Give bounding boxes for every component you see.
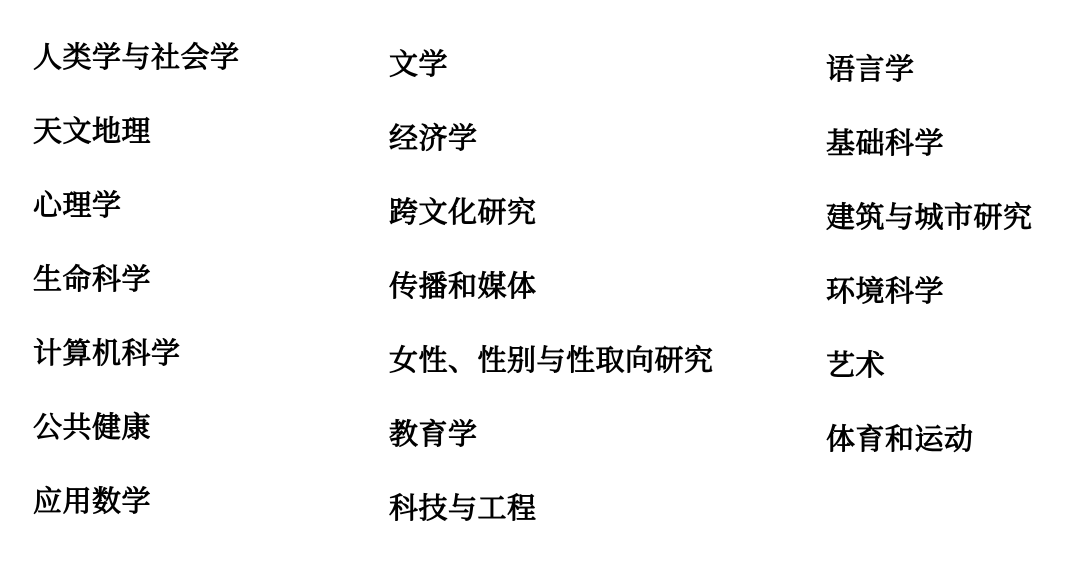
subjects-page: 人类学与社会学 天文地理 心理学 生命科学 计算机科学 公共健康 应用数学 文学… bbox=[0, 0, 1080, 566]
subject-item-architecture-urban-studies: 建筑与城市研究 bbox=[826, 178, 1033, 252]
subject-item-astronomy-geography: 天文地理 bbox=[33, 92, 240, 166]
subject-item-literature: 文学 bbox=[389, 25, 714, 99]
subject-item-linguistics: 语言学 bbox=[826, 30, 1033, 104]
subject-item-psychology: 心理学 bbox=[33, 166, 240, 240]
subject-item-computer-science: 计算机科学 bbox=[33, 314, 240, 388]
subject-item-public-health: 公共健康 bbox=[33, 388, 240, 462]
subject-item-technology-engineering: 科技与工程 bbox=[389, 469, 714, 543]
subject-item-gender-sexuality-studies: 女性、性别与性取向研究 bbox=[389, 321, 714, 395]
subject-item-basic-science: 基础科学 bbox=[826, 104, 1033, 178]
subject-item-anthropology-sociology: 人类学与社会学 bbox=[33, 18, 240, 92]
subject-item-applied-math: 应用数学 bbox=[33, 462, 240, 536]
subject-item-communication-media: 传播和媒体 bbox=[389, 247, 714, 321]
subject-item-sports-exercise: 体育和运动 bbox=[826, 400, 1033, 474]
subject-item-environmental-science: 环境科学 bbox=[826, 252, 1033, 326]
subject-column-3: 语言学 基础科学 建筑与城市研究 环境科学 艺术 体育和运动 bbox=[826, 30, 1033, 474]
subject-column-2: 文学 经济学 跨文化研究 传播和媒体 女性、性别与性取向研究 教育学 科技与工程 bbox=[389, 25, 714, 543]
subject-item-art: 艺术 bbox=[826, 326, 1033, 400]
subject-item-education: 教育学 bbox=[389, 395, 714, 469]
subject-column-1: 人类学与社会学 天文地理 心理学 生命科学 计算机科学 公共健康 应用数学 bbox=[33, 18, 240, 536]
subject-item-life-science: 生命科学 bbox=[33, 240, 240, 314]
subject-item-economics: 经济学 bbox=[389, 99, 714, 173]
subject-item-cross-cultural-studies: 跨文化研究 bbox=[389, 173, 714, 247]
